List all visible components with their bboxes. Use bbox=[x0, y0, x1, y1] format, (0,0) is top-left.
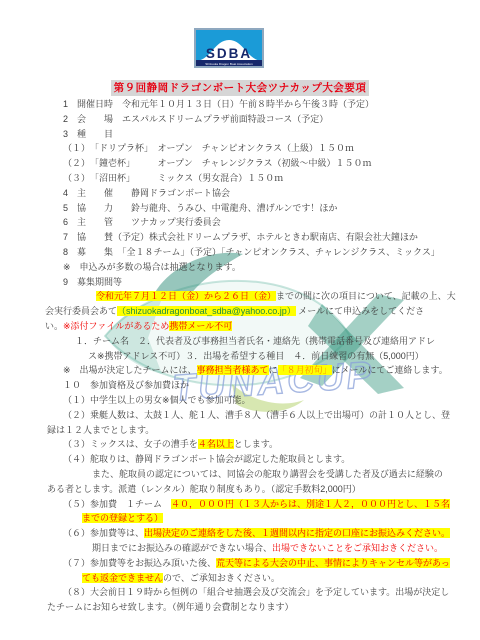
document-line: 期日までにお振込みの確認ができない場合、出場できないことをご承知おきください。 bbox=[0, 541, 480, 556]
text-segment: ある者とします。派遣（レンタル）舵取り制度もあり。（認定手数料2,000円） bbox=[47, 484, 361, 494]
text-segment: 8 募 集 「全１８チーム」（予定）「チャンピオンクラス、チャレンジクラス、ミッ… bbox=[63, 247, 440, 257]
text-segment: までの間に次の項目について、記載の上、大 bbox=[276, 291, 456, 301]
text-segment: 3 種 目 bbox=[63, 129, 113, 139]
text-segment: （１）中学生以上の男女※個人でも参加可能。 bbox=[63, 395, 251, 405]
text-segment: ても返金できません bbox=[82, 573, 163, 583]
text-segment: また、舵取員の認定については、同協会の舵取り講習会を受講した者及び過去に経験の bbox=[92, 469, 443, 479]
document-line: ある者とします。派遣（レンタル）舵取り制度もあり。（認定手数料2,000円） bbox=[0, 482, 480, 497]
document-line: 3 種 目 bbox=[0, 127, 480, 142]
text-segment: ので、ご承知おきください。 bbox=[163, 573, 280, 583]
document-line: 8 募 集 「全１８チーム」（予定）「チャンピオンクラス、チャレンジクラス、ミッ… bbox=[0, 245, 480, 260]
document-line: （２）乗艇人数は、太鼓１人、舵１人、漕手８人（漕手６人以上で出場可）の計１０人と… bbox=[0, 408, 480, 423]
text-segment: ※ 申込みが多数の場合は抽選となります。 bbox=[63, 262, 241, 272]
page-title: 第９回静岡ドラゴンボート大会ツナカップ大会要項 bbox=[111, 80, 370, 96]
title-row: 第９回静岡ドラゴンボート大会ツナカップ大会要項 bbox=[0, 78, 480, 96]
text-segment: 出場決定のご連絡をした後、１週間以内に指定の口座にお振込みください。 bbox=[144, 528, 450, 538]
text-segment: （２） 「鐘壱杯」 オープン チャレンジクラス（初級～中級）１５０ｍ bbox=[63, 158, 372, 168]
text-segment: （３）ミックスは、女子の漕手を bbox=[63, 439, 198, 449]
text-segment: 期日までにお振込みの確認ができない場合、 bbox=[92, 543, 272, 553]
document-line: ス※携帯アドレス不可）３．出場を希望する種目 ４．前日練習の有無（5,000円） bbox=[0, 349, 480, 364]
document-line: たチームにお知らせ致します。（例年通り会費制となります） bbox=[0, 600, 480, 615]
text-segment: 5 協 力 鈴与龍舟、うみひ、中電龍舟、漕げルンです！ほか bbox=[63, 203, 337, 213]
text-segment: ※ 出場が決定したチームには、 bbox=[63, 365, 197, 375]
document-line: 6 主 管 ツナカップ実行委員会 bbox=[0, 215, 480, 230]
document-line: （６）参加費等は、出場決定のご連絡をした後、１週間以内に指定の口座にお振込みくだ… bbox=[0, 526, 480, 541]
text-segment: 出場できないことをご承知おきください。 bbox=[272, 543, 443, 553]
text-segment: にメールにてご連絡します。 bbox=[332, 365, 448, 375]
document-line: 7 協 賛（予定）株式会社ドリームプラザ、ホテルときわ駅南店、有限会社大鐘ほか bbox=[0, 230, 480, 245]
text-segment: 6 主 管 ツナカップ実行委員会 bbox=[63, 217, 221, 227]
text-segment: （４）舵取りは、静岡ドラゴンボート協会が認定した舵取員とします。 bbox=[63, 454, 350, 464]
document-line: （５）参加費 １チーム ４０，０００円（１３人からは、別途１人２，０００円とし、… bbox=[0, 497, 480, 512]
text-segment: １０ 参加資格及び参加費ほか bbox=[63, 380, 189, 390]
text-segment: 令和元年７月１２日（金）から２６日（金） bbox=[96, 291, 276, 301]
document-line: ※ 出場が決定したチームには、事務担当者様あてに「８月初旬」にメールにてご連絡し… bbox=[0, 363, 480, 378]
document-line: 令和元年７月１２日（金）から２６日（金）までの間に次の項目について、記載の上、大 bbox=[0, 289, 480, 304]
document-line: （４）舵取りは、静岡ドラゴンボート協会が認定した舵取員とします。 bbox=[0, 452, 480, 467]
document-line: （１）中学生以上の男女※個人でも参加可能。 bbox=[0, 393, 480, 408]
document-line: １．チーム名 ２．代表者及び事務担当者氏名・連絡先（携帯電話番号及び連絡用アドレ bbox=[0, 334, 480, 349]
document-line: 2 会 場 エスパルスドリームプラザ前面特設コース（予定） bbox=[0, 112, 480, 127]
document-line: 5 協 力 鈴与龍舟、うみひ、中電龍舟、漕げルンです！ほか bbox=[0, 201, 480, 216]
document-line: （３） 「沼田杯」 ミックス（男女混合）１５０ｍ bbox=[0, 171, 480, 186]
text-segment: までの登録とする） bbox=[82, 513, 163, 523]
text-segment: 4 主 催 静岡ドラゴンボート協会 bbox=[63, 188, 230, 198]
text-segment: 9 募集期間等 bbox=[63, 277, 122, 287]
document-line: （７）参加費等をお振込み頂いた後、荒天等による大会の中止、事情によりキャンセル等… bbox=[0, 556, 480, 571]
document-line: い。※添付ファイルがあるため携帯メール不可 bbox=[0, 319, 480, 334]
text-segment: （５）参加費 １チーム bbox=[63, 499, 171, 509]
logo-subtitle: Shizuoka Dragon Boat Association bbox=[205, 62, 253, 66]
document-line: （１） 「ドリプラ杯」 オープン チャンピオンクラス（上級）１５０ｍ bbox=[0, 141, 480, 156]
document-body: 1 開催日時 令和元年１０月１３日（日）午前８時半から午後３時（予定）2 会 場… bbox=[0, 97, 480, 615]
text-segment: 会実行委員会あて bbox=[45, 306, 117, 316]
text-segment: メールにて申込みをしてくださ bbox=[296, 306, 424, 316]
document-line: までの登録とする） bbox=[0, 511, 480, 526]
document-line: （２） 「鐘壱杯」 オープン チャレンジクラス（初級～中級）１５０ｍ bbox=[0, 156, 480, 171]
text-segment: い。 bbox=[45, 321, 63, 331]
text-segment: たチームにお知らせ致します。（例年通り会費制となります） bbox=[47, 602, 294, 612]
text-segment: （３） 「沼田杯」 ミックス（男女混合）１５０ｍ bbox=[63, 173, 283, 183]
text-segment: 録は１２人までとします。 bbox=[47, 425, 154, 435]
text-segment: 2 会 場 エスパルスドリームプラザ前面特設コース（予定） bbox=[63, 114, 328, 124]
text-segment: 事務担当者様あて bbox=[197, 365, 269, 375]
text-segment: 荒天等による大会の中止、事情によりキャンセル等があっ bbox=[216, 558, 450, 568]
text-segment: 1 開催日時 令和元年１０月１３日（日）午前８時半から午後３時（予定） bbox=[63, 99, 374, 109]
document-line: 会実行委員会あて（shizuokadragonboat_sdba@yahoo.c… bbox=[0, 304, 480, 319]
document-line: 1 開催日時 令和元年１０月１３日（日）午前８時半から午後３時（予定） bbox=[0, 97, 480, 112]
document-line: （８）大会前日１９時から恒例の「組合せ抽選会及び交流会」を予定しています。出場が… bbox=[0, 585, 480, 600]
document-line: １０ 参加資格及び参加費ほか bbox=[0, 378, 480, 393]
text-segment: ４０，０００円（１３人からは、別途１人２，０００円とし、１５名 bbox=[171, 499, 450, 509]
text-segment: （２）乗艇人数は、太鼓１人、舵１人、漕手８人（漕手６人以上で出場可）の計１０人と… bbox=[63, 410, 450, 420]
text-segment: ４名以上 bbox=[198, 439, 234, 449]
document-line: （３）ミックスは、女子の漕手を４名以上とします。 bbox=[0, 437, 480, 452]
text-segment: とします。 bbox=[234, 439, 278, 449]
text-segment: （８）大会前日１９時から恒例の「組合せ抽選会及び交流会」を予定しています。出場が… bbox=[63, 587, 449, 597]
document-page: TUNACUP SDBA Shizuoka Dragon Boat Associ… bbox=[0, 0, 480, 640]
document-line: 9 募集期間等 bbox=[0, 275, 480, 290]
text-segment: （１） 「ドリプラ杯」 オープン チャンピオンクラス（上級）１５０ｍ bbox=[63, 143, 354, 153]
text-segment: 7 協 賛（予定）株式会社ドリームプラザ、ホテルときわ駅南店、有限会社大鐘ほか bbox=[63, 232, 418, 242]
text-segment: ス※携帯アドレス不可）３．出場を希望する種目 ４．前日練習の有無（5,000円） bbox=[88, 351, 424, 361]
text-segment: （７）参加費等をお振込み頂いた後、 bbox=[63, 558, 216, 568]
document-line: 4 主 催 静岡ドラゴンボート協会 bbox=[0, 186, 480, 201]
text-segment: （shizuokadragonboat_sdba@yahoo.co.jp） bbox=[117, 306, 296, 316]
document-line: また、舵取員の認定については、同協会の舵取り講習会を受講した者及び過去に経験の bbox=[0, 467, 480, 482]
document-line: 録は１２人までとします。 bbox=[0, 423, 480, 438]
text-segment: １．チーム名 ２．代表者及び事務担当者氏名・連絡先（携帯電話番号及び連絡用アドレ bbox=[75, 336, 435, 346]
text-segment: 「８月初旬」 bbox=[278, 365, 332, 375]
sdba-logo: SDBA Shizuoka Dragon Boat Association bbox=[194, 28, 264, 68]
text-segment: に bbox=[269, 365, 278, 375]
document-line: ※ 申込みが多数の場合は抽選となります。 bbox=[0, 260, 480, 275]
text-segment: （６）参加費等は、 bbox=[63, 528, 144, 538]
document-line: ても返金できませんので、ご承知おきください。 bbox=[0, 571, 480, 586]
text-segment: ※添付ファイルがあるため bbox=[63, 321, 169, 331]
logo-acronym: SDBA bbox=[206, 46, 252, 61]
text-segment: 携帯メール不可 bbox=[169, 321, 232, 331]
